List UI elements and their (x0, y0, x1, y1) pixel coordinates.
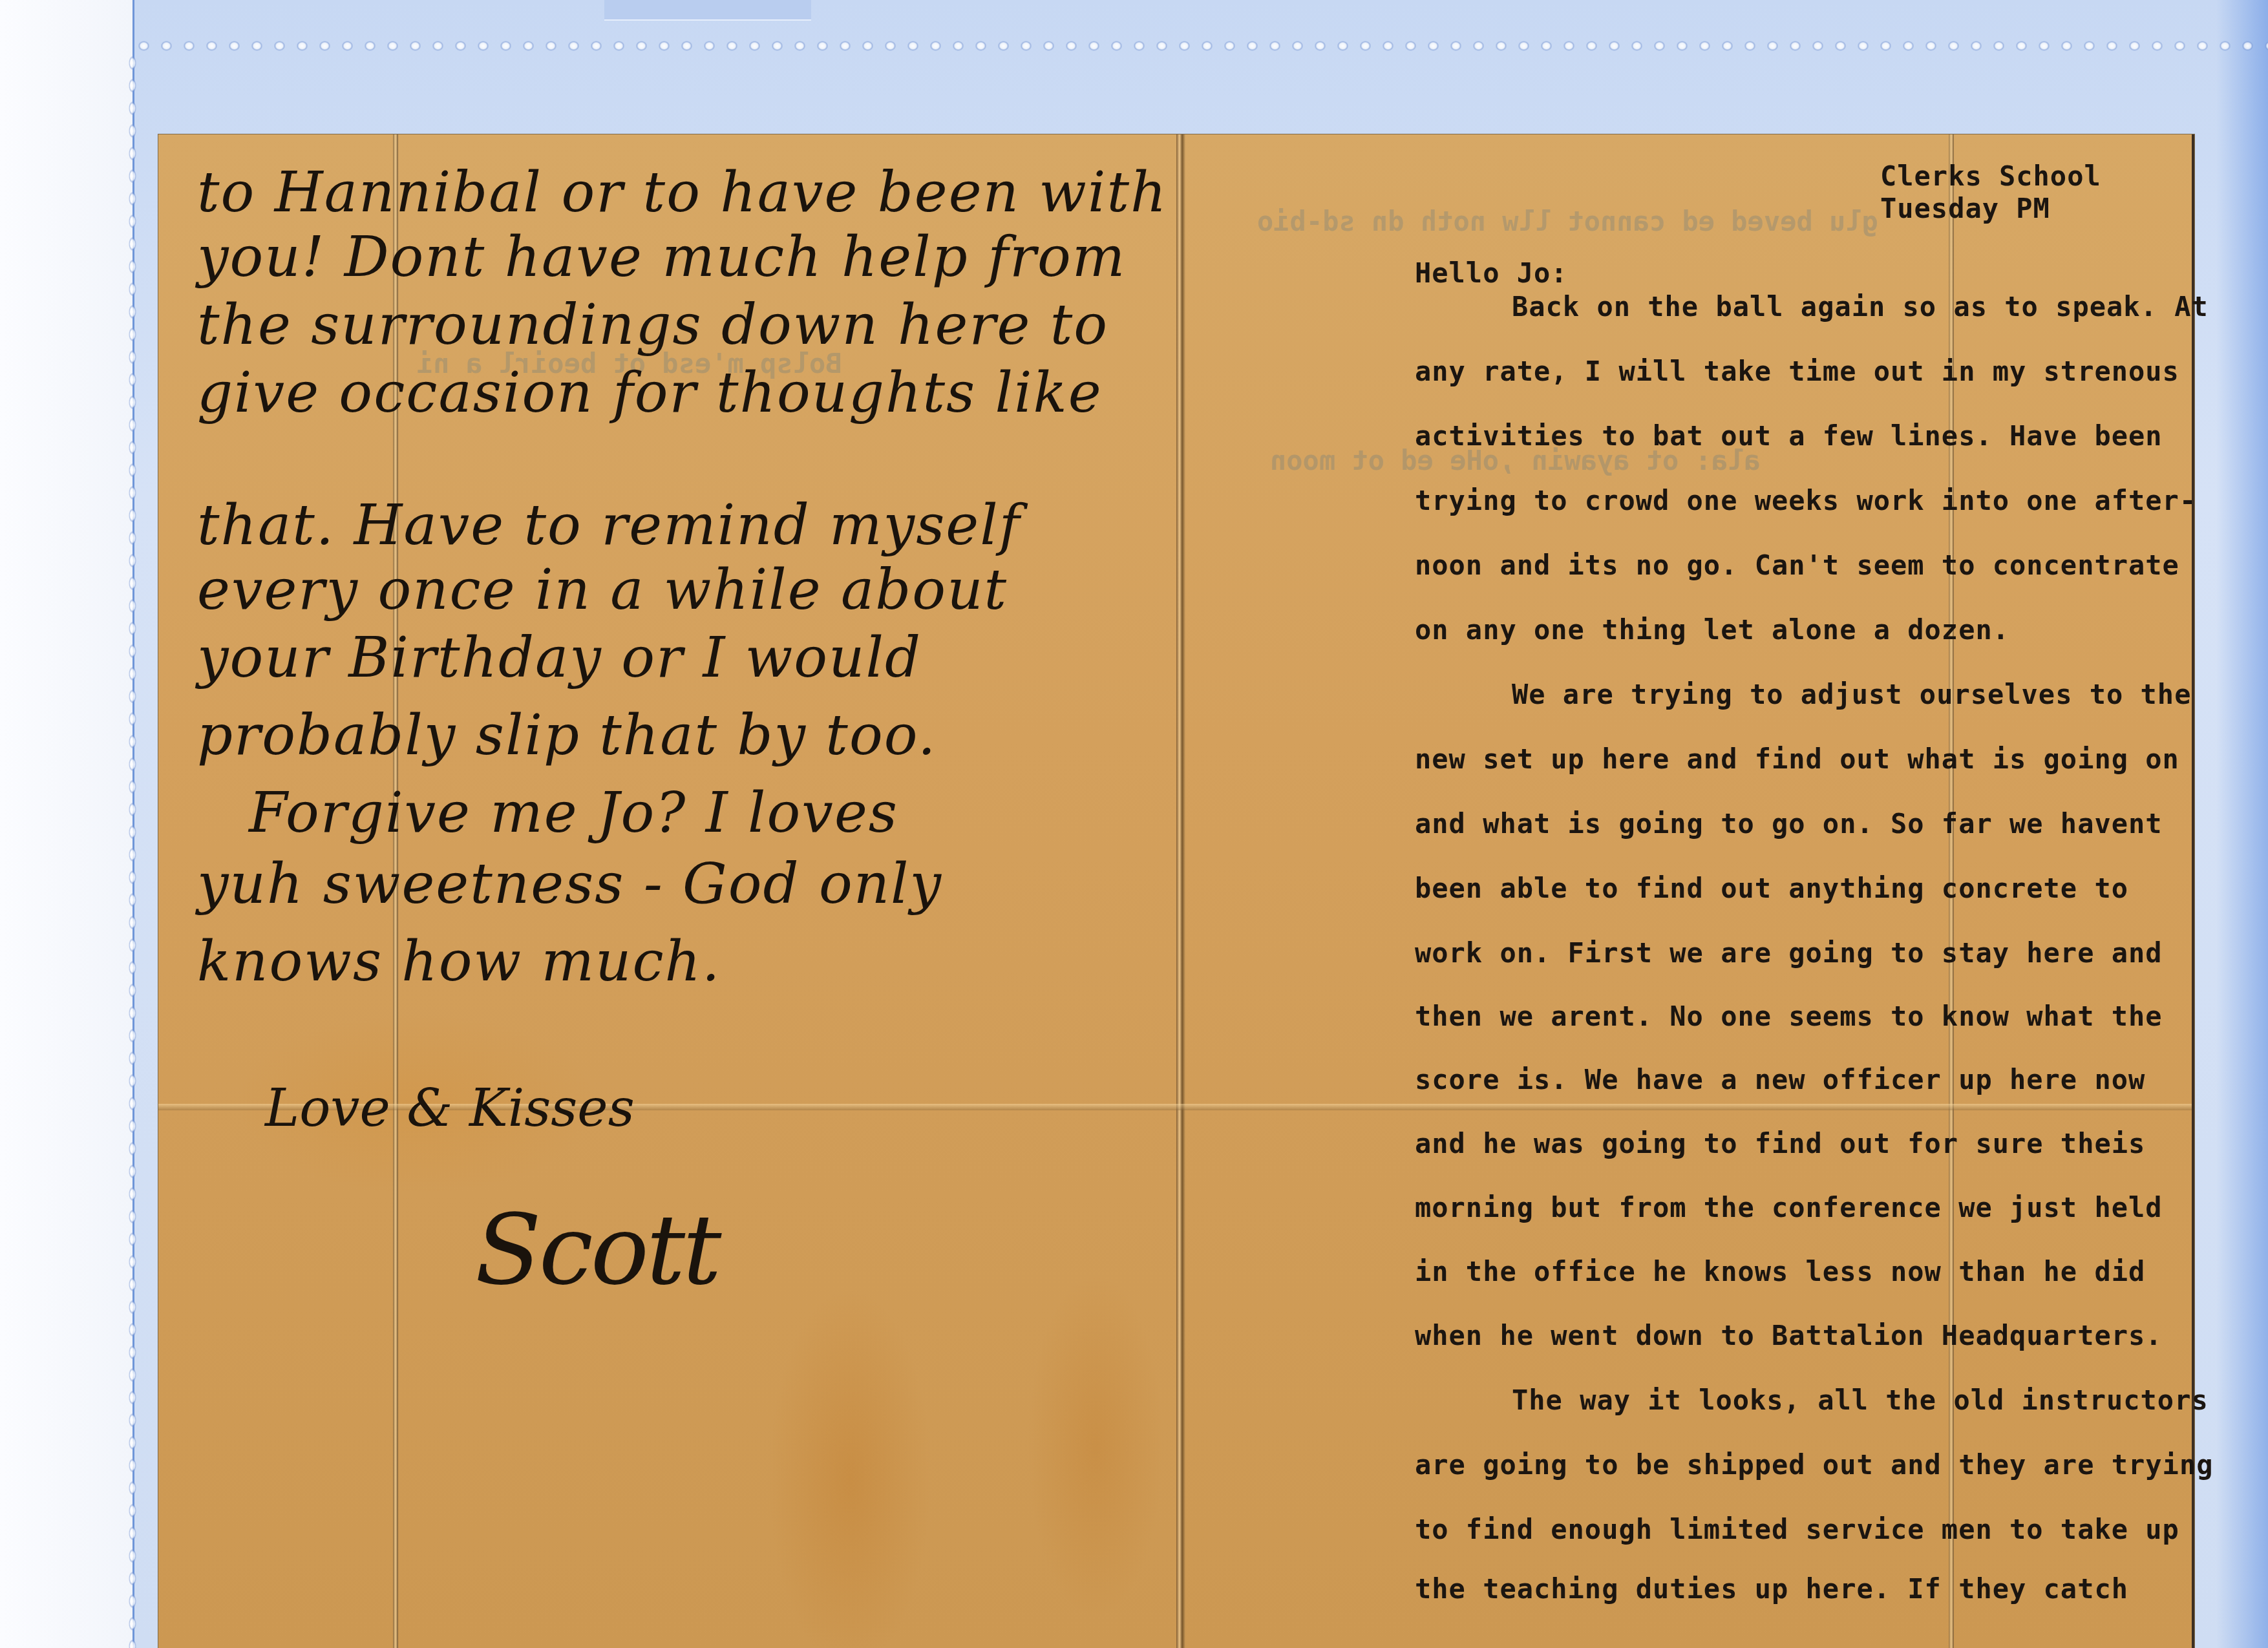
handwritten-line: the surroundings down here to (197, 293, 1108, 357)
typed-line: when he went down to Battalion Headquart… (1415, 1320, 2163, 1351)
letter-date: Tuesday PM (1880, 193, 2050, 224)
sleeve-weld-left (127, 52, 138, 1648)
handwritten-page: to Hannibal or to have been with you! Do… (158, 134, 1176, 1648)
letter-closing: Love & Kisses (265, 1078, 635, 1138)
typed-line: morning but from the conference we just … (1415, 1192, 2163, 1223)
handwritten-line: give occasion for thoughts like (197, 361, 1103, 425)
typed-line: on any one thing let alone a dozen. (1415, 614, 2009, 646)
handwritten-line: Forgive me Jo? I loves (249, 781, 898, 845)
typed-line: score is. We have a new officer up here … (1415, 1064, 2145, 1095)
typed-line: and he was going to find out for sure th… (1415, 1128, 2145, 1159)
typed-line: in the office he knows less now than he … (1415, 1256, 2145, 1287)
sleeve-tab (604, 0, 811, 21)
typed-line: to find enough limited service men to ta… (1415, 1514, 2179, 1545)
paper-center-fold (1176, 134, 1185, 1648)
handwritten-line: that. Have to remind myself (197, 493, 1021, 558)
handwritten-line: knows how much. (197, 929, 721, 994)
typed-line: Back on the ball again so as to speak. A… (1512, 291, 2209, 322)
sleeve-weld-top (132, 40, 2268, 52)
letter-sheet: glu beved ed cannot llw noth dn sd-bio a… (158, 134, 2194, 1648)
typed-line: and what is going to go on. So far we ha… (1415, 808, 2163, 840)
typed-line: the teaching duties up here. If they cat… (1415, 1573, 2128, 1605)
typed-line: noon and its no go. Can't seem to concen… (1415, 549, 2179, 581)
handwritten-line: to Hannibal or to have been with (197, 160, 1167, 225)
typed-line: The way it looks, all the old instructor… (1512, 1384, 2209, 1416)
typed-line: then we arent. No one seems to know what… (1415, 1000, 2163, 1032)
handwritten-line: probably slip that by too. (197, 703, 937, 768)
typewritten-page: Clerks School Tuesday PM Hello Jo: Back … (1185, 134, 2194, 1648)
handwritten-line: you! Dont have much help from (197, 225, 1126, 290)
typed-line: We are trying to adjust ourselves to the (1512, 679, 2191, 710)
typed-line: work on. First we are going to stay here… (1415, 937, 2163, 969)
typed-line: activities to bat out a few lines. Have … (1415, 420, 2163, 452)
typed-line: are going to be shipped out and they are… (1415, 1449, 2213, 1481)
typed-line: any rate, I will take time out in my str… (1415, 355, 2179, 387)
typed-line: trying to crowd one weeks work into one … (1415, 485, 2196, 516)
handwritten-line: every once in a while about (197, 558, 1008, 622)
handwritten-line: yuh sweetness - God only (197, 852, 942, 916)
handwritten-line: your Birthday or I would (197, 626, 922, 690)
salutation: Hello Jo: (1415, 257, 1568, 289)
typed-line: been able to find out anything concrete … (1415, 872, 2128, 904)
typed-line: new set up here and find out what is goi… (1415, 743, 2179, 775)
signature: Scott (475, 1194, 719, 1307)
letter-place: Clerks School (1880, 160, 2101, 192)
